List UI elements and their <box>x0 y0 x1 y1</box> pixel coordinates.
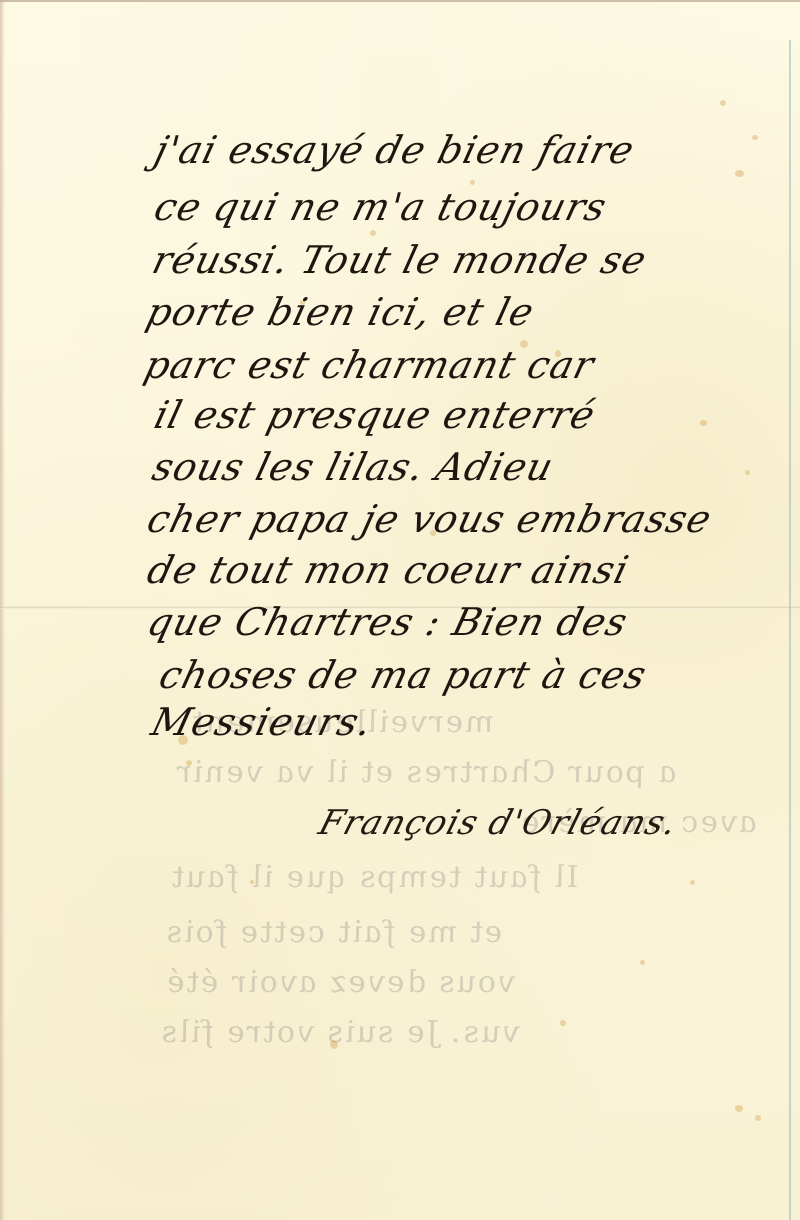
signature: François d'Orléans. <box>314 803 682 843</box>
margin-rule <box>789 40 791 1220</box>
letter-line: de tout mon coeur ainsi <box>143 548 634 592</box>
letter-line: il est presque enterré <box>150 393 600 437</box>
letter-line: cher papa je vous embrasse <box>143 497 716 541</box>
bleed-line: et me fait cette fois <box>161 915 506 950</box>
letter-line: réussi. Tout le monde se <box>148 238 652 282</box>
bleed-line: Il faut temps que il faut <box>166 860 582 895</box>
bleed-line: a pour Chartres et il va venir <box>171 755 680 790</box>
bleed-line: vus. Je suis votre fils <box>156 1015 523 1050</box>
page-edge <box>0 0 5 1220</box>
letter-line: ce qui ne m'a toujours <box>150 185 612 229</box>
letter-line: parc est charmant car <box>140 343 599 387</box>
bleed-line: vous devez avoir été <box>161 965 519 1000</box>
letter-line: sous les lilas. Adieu <box>148 445 558 489</box>
letter-line: Messieurs. <box>147 700 377 744</box>
letter-line: j'ai essayé de bien faire <box>150 128 639 172</box>
letter-line: que Chartres : Bien des <box>143 600 633 644</box>
letter-line: choses de ma part à ces <box>155 653 651 697</box>
letter-line: porte bien ici, et le <box>142 290 539 334</box>
